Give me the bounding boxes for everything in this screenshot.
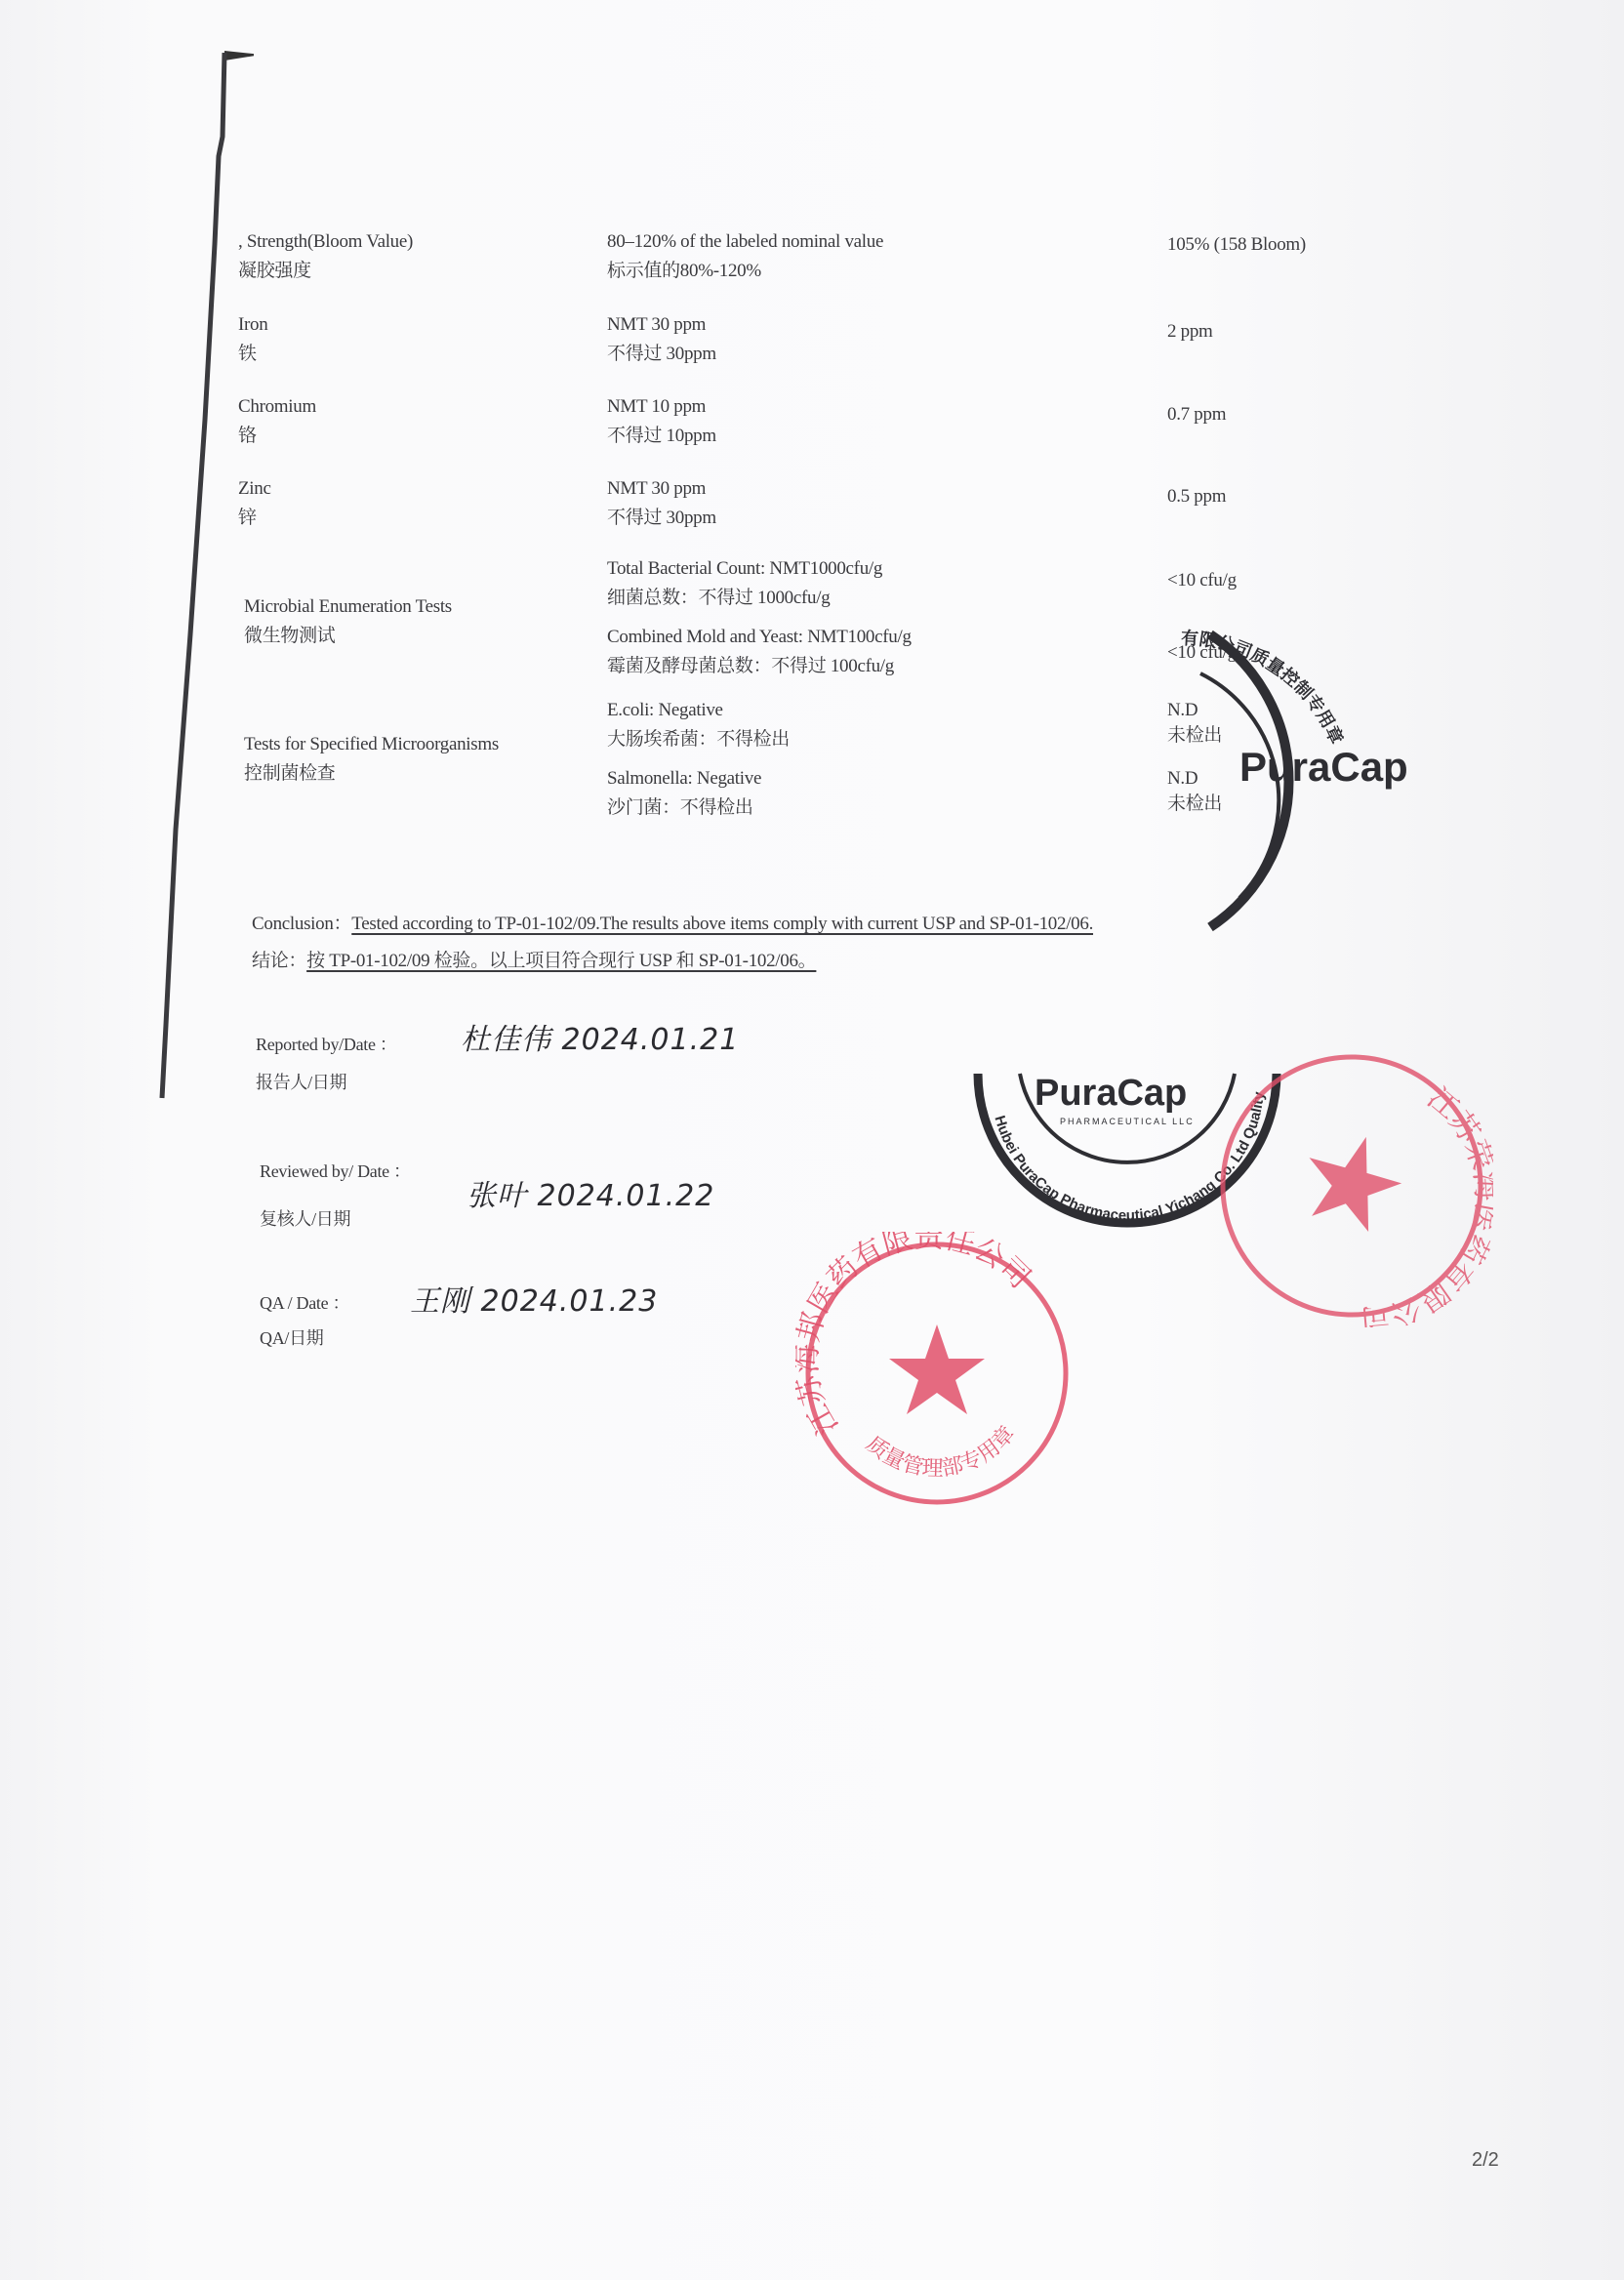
row-item-cn: 锌 [238, 504, 257, 533]
row-spec-cn: 标示值的80%-120% [607, 257, 761, 286]
svg-text:江苏荣海医药有限公司: 江苏荣海医药有限公司 [1289, 1073, 1493, 1327]
row-item-en: Iron [238, 310, 267, 340]
reported-signature: 杜佳伟 2024.01.21 [461, 1015, 739, 1058]
reviewed-label-cn: 复核人/日期 [260, 1204, 350, 1234]
qa-signature: 王刚 2024.01.23 [410, 1277, 658, 1320]
row-item-cn: 铬 [238, 422, 257, 451]
page-number: 2/2 [1472, 2149, 1499, 2172]
row-item-cn: 铁 [238, 340, 257, 369]
row-item-en: , Strength(Bloom Value) [238, 227, 413, 257]
red-company-stamp-1: 江苏海邦医药有限责任公司 质量管理部专用章 [795, 1232, 1078, 1515]
reported-label-en: Reported by/Date ： [256, 1030, 397, 1059]
reported-label-cn: 报告人/日期 [256, 1068, 346, 1097]
row-result: 0.5 ppm [1167, 482, 1226, 511]
row-result: 105% (158 Bloom) [1167, 230, 1306, 260]
row-spec-en: 80–120% of the labeled nominal value [607, 227, 883, 257]
microbial-item-cn: 微生物测试 [244, 622, 336, 651]
row-item-en: Chromium [238, 392, 316, 422]
conclusion-text-cn: 按 TP-01-102/09 检验。以上项目符合现行 USP 和 SP-01-1… [306, 951, 816, 971]
reviewed-label-en: Reviewed by/ Date ： [260, 1157, 411, 1186]
puracap-logo-text: PuraCap [1035, 1073, 1187, 1114]
conclusion-label-en: Conclusion： [252, 914, 351, 934]
row-spec-cn: 不得过 10ppm [607, 422, 716, 451]
microbial-spec-cn-1: 霉菌及酵母菌总数：不得过 100cfu/g [607, 652, 894, 681]
microbial-item-en: Microbial Enumeration Tests [244, 592, 452, 622]
row-spec-cn: 不得过 30ppm [607, 340, 716, 369]
reviewed-signature: 张叶 2024.01.22 [467, 1171, 714, 1214]
conclusion-cn: 结论：按 TP-01-102/09 检验。以上项目符合现行 USP 和 SP-0… [252, 947, 816, 976]
svg-text:质量管理部专用章: 质量管理部专用章 [861, 1422, 1020, 1482]
row-spec-en: NMT 10 ppm [607, 392, 706, 422]
specified-spec-cn-1: 沙门菌：不得检出 [607, 794, 753, 823]
row-item-cn: 凝胶强度 [238, 257, 311, 286]
svg-text:PHARMACEUTICAL LLC: PHARMACEUTICAL LLC [1060, 1117, 1195, 1126]
puracap-quality-stamp-top: 有限公司质量控制专用章 PuraCap [1122, 586, 1435, 937]
svg-text:江苏海邦医药有限责任公司: 江苏海邦医药有限责任公司 [795, 1232, 1036, 1441]
red-company-stamp-2: 江苏荣海医药有限公司 [1210, 1044, 1493, 1327]
row-result: 2 ppm [1167, 317, 1213, 346]
specified-item-cn: 控制菌检查 [244, 759, 336, 789]
qa-label-en: QA / Date ： [260, 1288, 349, 1318]
puracap-logo-text-top: PuraCap [1239, 744, 1408, 790]
qa-label-cn: QA/日期 [260, 1323, 324, 1353]
row-spec-en: NMT 30 ppm [607, 474, 706, 504]
conclusion-label-cn: 结论： [252, 951, 306, 971]
specified-spec-cn-0: 大肠埃希菌：不得检出 [607, 725, 790, 754]
row-item-en: Zinc [238, 474, 271, 504]
scan-edge-line [98, 49, 254, 1103]
microbial-spec-en-0: Total Bacterial Count: NMT1000cfu/g [607, 554, 882, 584]
conclusion-text-en: Tested according to TP-01-102/09.The res… [351, 914, 1093, 934]
row-spec-cn: 不得过 30ppm [607, 504, 716, 533]
specified-spec-en-1: Salmonella: Negative [607, 764, 761, 794]
row-spec-en: NMT 30 ppm [607, 310, 706, 340]
conclusion-en: Conclusion：Tested according to TP-01-102… [252, 910, 1093, 939]
microbial-spec-cn-0: 细菌总数：不得过 1000cfu/g [607, 584, 830, 613]
row-result: 0.7 ppm [1167, 400, 1226, 429]
microbial-spec-en-1: Combined Mold and Yeast: NMT100cfu/g [607, 623, 912, 652]
specified-item-en: Tests for Specified Microorganisms [244, 730, 499, 759]
specified-spec-en-0: E.coli: Negative [607, 696, 723, 725]
